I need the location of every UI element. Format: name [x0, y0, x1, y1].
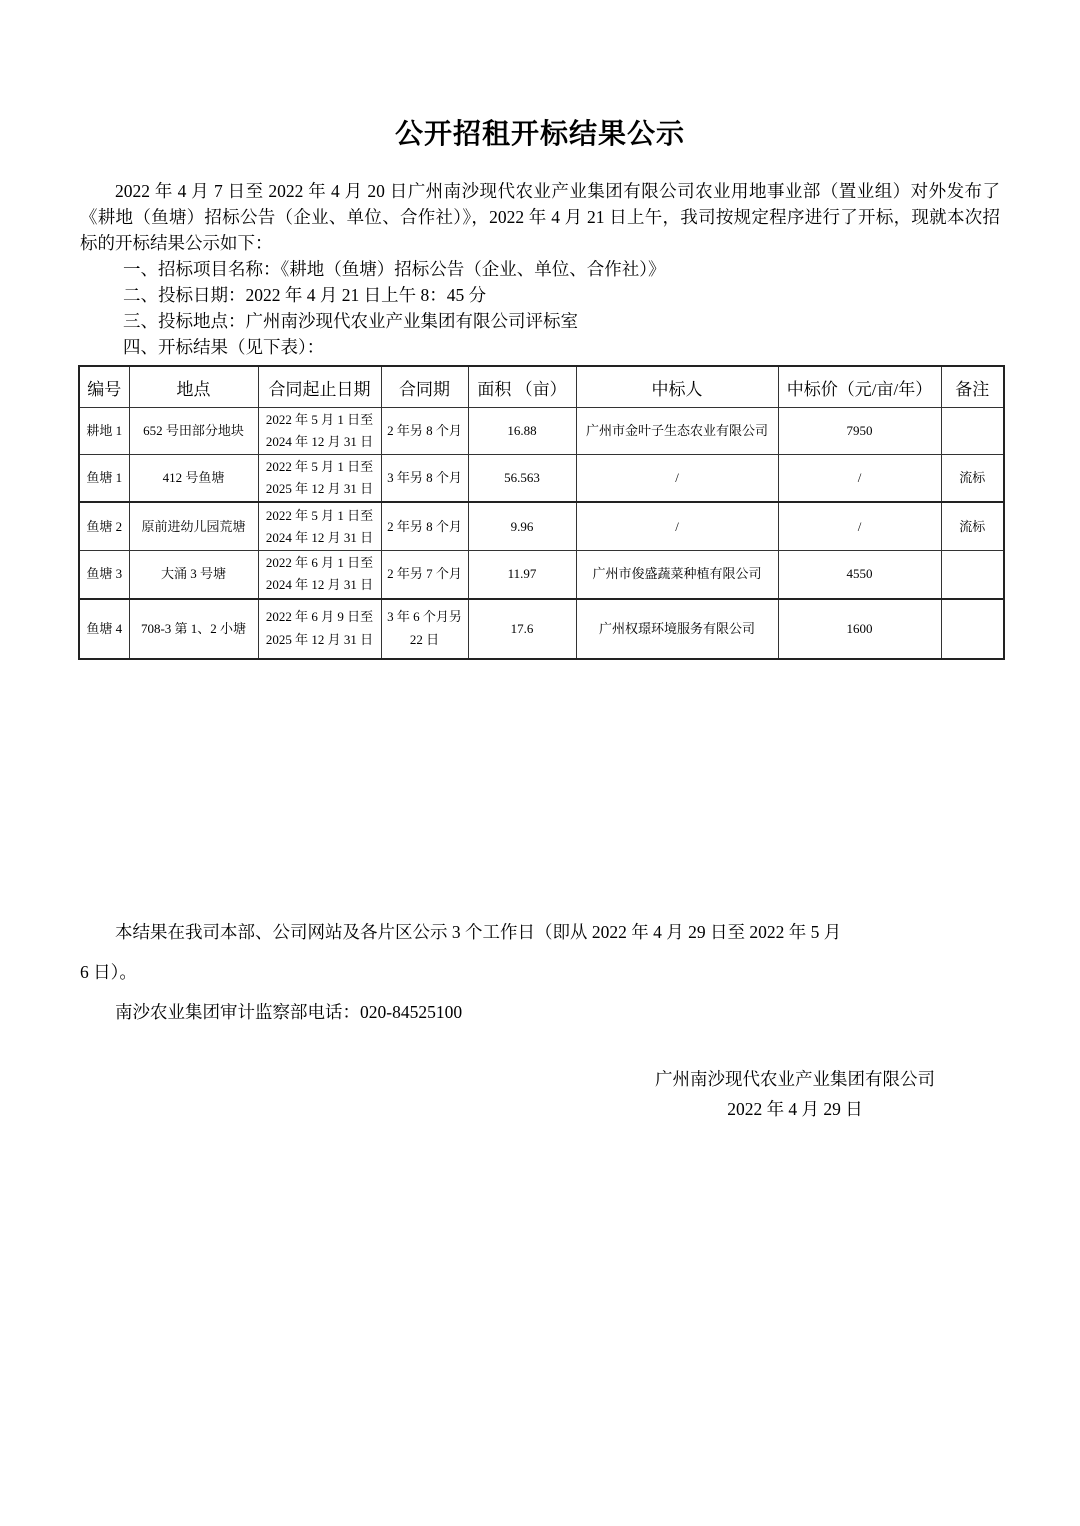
column-header-contract-dates: 合同起止日期: [258, 366, 381, 408]
cell-area: 56.563: [468, 455, 576, 503]
cell-location: 大涌 3 号塘: [129, 551, 258, 599]
cell-term: 2 年另 8 个月: [381, 408, 468, 455]
cell-contract-dates: 2022 年 6 月 1 日至 2024 年 12 月 31 日: [258, 551, 381, 599]
cell-price: /: [778, 502, 941, 551]
signature-date: 2022 年 4 月 29 日: [655, 1094, 935, 1124]
cell-id: 鱼塘 4: [79, 599, 129, 659]
column-header-id: 编号: [79, 366, 129, 408]
column-header-price: 中标价（元/亩/年）: [778, 366, 941, 408]
column-header-area: 面积 （亩）: [468, 366, 576, 408]
column-header-winner: 中标人: [576, 366, 778, 408]
cell-id: 鱼塘 1: [79, 455, 129, 503]
cell-price: /: [778, 455, 941, 503]
table-row: 鱼塘 2 原前进幼儿园荒塘 2022 年 5 月 1 日至 2024 年 12 …: [79, 502, 1004, 551]
cell-winner: 广州权璟环境服务有限公司: [576, 599, 778, 659]
bid-results-table: 编号 地点 合同起止日期 合同期 面积 （亩） 中标人 中标价（元/亩/年） 备…: [78, 365, 1005, 660]
cell-note: [941, 599, 1004, 659]
table-row: 鱼塘 4 708-3 第 1、2 小塘 2022 年 6 月 9 日至 2025…: [79, 599, 1004, 659]
cell-location: 412 号鱼塘: [129, 455, 258, 503]
column-header-location: 地点: [129, 366, 258, 408]
cell-contract-dates: 2022 年 5 月 1 日至 2024 年 12 月 31 日: [258, 502, 381, 551]
table-row: 鱼塘 1 412 号鱼塘 2022 年 5 月 1 日至 2025 年 12 月…: [79, 455, 1004, 503]
footer-section: 本结果在我司本部、公司网站及各片区公示 3 个工作日（即从 2022 年 4 月…: [80, 912, 1000, 1124]
list-item-bid-date: 二、投标日期：2022 年 4 月 21 日上午 8：45 分: [80, 282, 1000, 308]
column-header-note: 备注: [941, 366, 1004, 408]
cell-location: 原前进幼儿园荒塘: [129, 502, 258, 551]
cell-term: 2 年另 7 个月: [381, 551, 468, 599]
closing-paragraph: 本结果在我司本部、公司网站及各片区公示 3 个工作日（即从 2022 年 4 月…: [80, 912, 1000, 992]
cell-area: 17.6: [468, 599, 576, 659]
signature-company: 广州南沙现代农业产业集团有限公司: [655, 1064, 935, 1094]
cell-id: 鱼塘 3: [79, 551, 129, 599]
cell-term: 2 年另 8 个月: [381, 502, 468, 551]
signature-block: 广州南沙现代农业产业集团有限公司 2022 年 4 月 29 日: [655, 1064, 935, 1124]
contact-phone-line: 南沙农业集团审计监察部电话：020-84525100: [80, 992, 1000, 1032]
page-title: 公开招租开标结果公示: [0, 0, 1080, 152]
cell-area: 16.88: [468, 408, 576, 455]
cell-location: 708-3 第 1、2 小塘: [129, 599, 258, 659]
announcement-document: 公开招租开标结果公示 2022 年 4 月 7 日至 2022 年 4 月 20…: [0, 0, 1080, 1526]
cell-note: [941, 551, 1004, 599]
cell-area: 9.96: [468, 502, 576, 551]
table-header-row: 编号 地点 合同起止日期 合同期 面积 （亩） 中标人 中标价（元/亩/年） 备…: [79, 366, 1004, 408]
cell-contract-dates: 2022 年 5 月 1 日至 2024 年 12 月 31 日: [258, 408, 381, 455]
cell-area: 11.97: [468, 551, 576, 599]
cell-contract-dates: 2022 年 6 月 9 日至 2025 年 12 月 31 日: [258, 599, 381, 659]
cell-term: 3 年另 8 个月: [381, 455, 468, 503]
cell-price: 7950: [778, 408, 941, 455]
cell-note: [941, 408, 1004, 455]
cell-winner: 广州市金叶子生态农业有限公司: [576, 408, 778, 455]
list-item-bid-location: 三、投标地点：广州南沙现代农业产业集团有限公司评标室: [80, 308, 1000, 334]
cell-price: 1600: [778, 599, 941, 659]
table-row: 耕地 1 652 号田部分地块 2022 年 5 月 1 日至 2024 年 1…: [79, 408, 1004, 455]
column-header-term: 合同期: [381, 366, 468, 408]
cell-id: 耕地 1: [79, 408, 129, 455]
cell-term: 3 年 6 个月另 22 日: [381, 599, 468, 659]
cell-price: 4550: [778, 551, 941, 599]
list-item-project-name: 一、招标项目名称：《耕地（鱼塘）招标公告（企业、单位、合作社）》: [80, 256, 1000, 282]
cell-contract-dates: 2022 年 5 月 1 日至 2025 年 12 月 31 日: [258, 455, 381, 503]
cell-winner: /: [576, 502, 778, 551]
cell-note: 流标: [941, 502, 1004, 551]
cell-note: 流标: [941, 455, 1004, 503]
cell-location: 652 号田部分地块: [129, 408, 258, 455]
cell-winner: 广州市俊盛蔬菜种植有限公司: [576, 551, 778, 599]
cell-id: 鱼塘 2: [79, 502, 129, 551]
cell-winner: /: [576, 455, 778, 503]
intro-paragraph: 2022 年 4 月 7 日至 2022 年 4 月 20 日广州南沙现代农业产…: [80, 178, 1000, 256]
table-row: 鱼塘 3 大涌 3 号塘 2022 年 6 月 1 日至 2024 年 12 月…: [79, 551, 1004, 599]
list-item-results-intro: 四、开标结果（见下表）：: [80, 334, 1000, 360]
numbered-list: 一、招标项目名称：《耕地（鱼塘）招标公告（企业、单位、合作社）》 二、投标日期：…: [80, 256, 1000, 360]
